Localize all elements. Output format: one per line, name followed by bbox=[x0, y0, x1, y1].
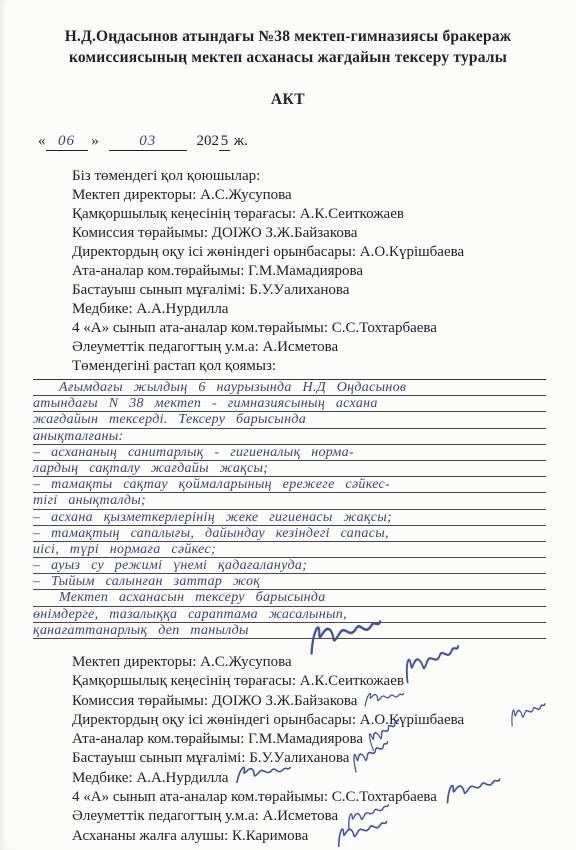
signature-ink-icon bbox=[363, 689, 405, 709]
signatory-label: Медбике: А.А.Нурдилла bbox=[72, 769, 228, 788]
handwritten-line: қанағаттанарлық деп танылды bbox=[33, 623, 546, 639]
signatory-line: Комиссия төрайымы: ДОІЖО З.Ж.Байзакова bbox=[72, 224, 576, 243]
date-suffix: ж. bbox=[234, 133, 248, 149]
date-open-quote: « bbox=[38, 133, 46, 149]
signature-row: Бастауыш сынып мұғалімі: Б.У.Уалиханова bbox=[72, 749, 576, 768]
date-year-prefix: 202 bbox=[197, 133, 220, 149]
signature-ink-icon bbox=[304, 612, 386, 660]
signatories-top-list: Мектеп директоры: А.С.Жусупова Қамқоршыл… bbox=[72, 186, 576, 357]
title-line-1: Н.Д.Оңдасынов атындағы №38 мектеп-гимназ… bbox=[0, 26, 576, 47]
document-page: Н.Д.Оңдасынов атындағы №38 мектеп-гимназ… bbox=[0, 0, 576, 850]
signature-row: 4 «А» сынып ата-аналар ком.төрайымы: С.С… bbox=[72, 788, 576, 807]
handwritten-line: жағдайын тексерді. Тексеру барысында bbox=[33, 412, 546, 428]
act-heading: АКТ bbox=[0, 91, 576, 109]
handwritten-line: Мектеп асханасын тексеру барысында bbox=[33, 590, 546, 606]
signature-ink-icon bbox=[234, 762, 292, 786]
handwritten-line: тігі анықталды; bbox=[33, 493, 546, 509]
handwritten-line: Ағымдағы жылдың 6 наурызында Н.Д Оңдасын… bbox=[33, 380, 546, 396]
signatory-line: Директордың оқу ісі жөніндегі орынбасары… bbox=[72, 243, 576, 262]
date-line: «06 »03 2025 ж. bbox=[38, 133, 576, 151]
document-title: Н.Д.Оңдасынов атындағы №38 мектеп-гимназ… bbox=[0, 26, 576, 68]
signatory-line: Медбике: А.А.Нурдилла bbox=[72, 300, 576, 319]
signature-block: Мектеп директоры: А.С.Жусупова Қамқоршыл… bbox=[72, 653, 576, 846]
signatory-label: Асхананы жалға алушы: К.Каримова bbox=[72, 827, 308, 846]
handwritten-line: анықталғаны: bbox=[33, 429, 546, 445]
signature-row: Асхананы жалға алушы: К.Каримова bbox=[72, 827, 576, 846]
handwritten-line: лардың сақталу жағдайы жақсы; bbox=[33, 461, 546, 477]
signatory-line: Ата-аналар ком.төрайымы: Г.М.Мамадиярова bbox=[72, 262, 576, 281]
handwritten-line: – тамақты сақтау қоймаларының ережеге сә… bbox=[33, 477, 546, 493]
handwritten-line: атындағы N 38 мектеп - гимназиясының асх… bbox=[33, 396, 546, 412]
signature-ink-icon bbox=[397, 637, 468, 687]
date-day-handwritten: 06 bbox=[46, 133, 88, 151]
signatory-line: 4 «А» сынып ата-аналар ком.төрайымы: С.С… bbox=[72, 319, 576, 338]
handwritten-line: – Тыйым салынған заттар жоқ bbox=[33, 574, 546, 590]
signatory-line: Мектеп директоры: А.С.Жусупова bbox=[72, 186, 576, 205]
handwritten-line: иісі, түрі нормаға сәйкес; bbox=[33, 542, 546, 558]
signatory-line: Бастауыш сынып мұғалімі: Б.У.Уалиханова bbox=[72, 281, 576, 300]
signature-row: Директордың оқу ісі жөніндегі орынбасары… bbox=[72, 711, 576, 730]
confirm-line: Төмендегіні растап қол қоямыз: bbox=[72, 357, 576, 376]
signatories-intro-block: Біз төмендегі қол қоюшылар: Мектеп дирек… bbox=[72, 167, 576, 376]
date-year-last-digit: 5 bbox=[219, 133, 230, 151]
handwritten-line: – асхана қызметкерлерінің жеке гигиенасы… bbox=[33, 510, 546, 526]
signatory-line: Қамқоршылық кеңесінің төрағасы: А.К.Сеит… bbox=[72, 205, 576, 224]
signatory-label: Әлеуметтік педагогтың у.м.а: А.Исметова bbox=[72, 807, 338, 826]
signature-row: Әлеуметтік педагогтың у.м.а: А.Исметова bbox=[72, 807, 576, 826]
signatory-label: Ата-аналар ком.төрайымы: Г.М.Мамадиярова bbox=[72, 730, 363, 749]
signature-row: Ата-аналар ком.төрайымы: Г.М.Мамадиярова bbox=[72, 730, 576, 749]
signatory-line: Әлеуметтік педагогтың у.м.а: А.Исметова bbox=[72, 338, 576, 357]
handwritten-line: өнімдерге, тазалыққа сараптама жасалынып… bbox=[33, 607, 546, 623]
date-close-quote: » bbox=[91, 133, 99, 149]
signatory-label: Директордың оқу ісі жөніндегі орынбасары… bbox=[72, 711, 464, 730]
handwritten-line: – ауыз су режимі үнемі қадағалануда; bbox=[33, 558, 546, 574]
signatory-label: Қамқоршылық кеңесінің төрағасы: А.К.Сеит… bbox=[72, 672, 404, 691]
date-month-handwritten: 03 bbox=[109, 133, 187, 151]
handwritten-notes: Ағымдағы жылдың 6 наурызында Н.Д Оңдасын… bbox=[33, 379, 546, 639]
handwritten-line: – тамақтың сапалығы, дайындау кезіндегі … bbox=[33, 526, 546, 542]
signature-row: Комиссия төрайымы: ДОІЖО З.Ж.Байзакова bbox=[72, 692, 576, 711]
handwritten-line: – асхананың санитарлық - гигиеналық норм… bbox=[33, 445, 546, 461]
signatory-label: Мектеп директоры: А.С.Жусупова bbox=[72, 653, 292, 672]
intro-line: Біз төмендегі қол қоюшылар: bbox=[72, 167, 576, 186]
signatory-label: Бастауыш сынып мұғалімі: Б.У.Уалиханова bbox=[72, 749, 349, 768]
signature-row: Қамқоршылық кеңесінің төрағасы: А.К.Сеит… bbox=[72, 672, 576, 691]
signature-row: Мектеп директоры: А.С.Жусупова bbox=[72, 653, 576, 672]
signatory-label: Комиссия төрайымы: ДОІЖО З.Ж.Байзакова bbox=[72, 692, 357, 711]
title-line-2: комиссиясының мектеп асханасы жағдайын т… bbox=[0, 47, 576, 68]
